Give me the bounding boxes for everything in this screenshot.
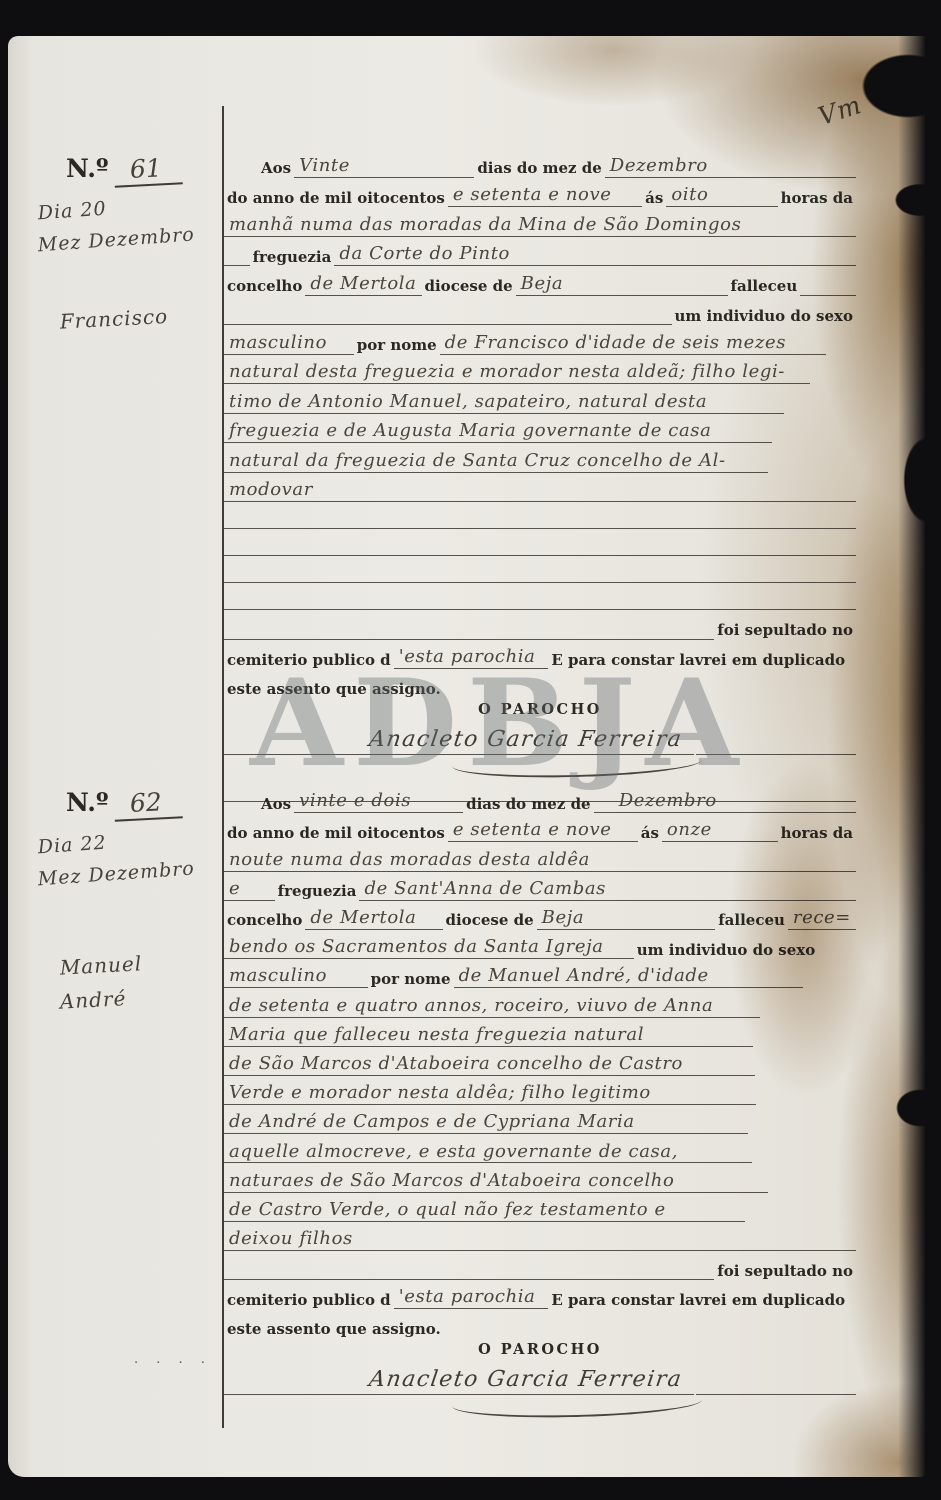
printed-form-text: este assento que assigno.: [224, 681, 444, 699]
ruled-line: [716, 441, 772, 443]
ruled-line: [656, 1103, 756, 1105]
margin-name-note: ManuelAndré: [38, 952, 220, 1020]
form-line: um individuo do sexo: [224, 296, 856, 326]
form-line: natural da freguezia de Santa Cruz conce…: [224, 443, 856, 473]
register-page: N.º61Dia 20Mez DezembroFrancisco N.º62Di…: [8, 36, 925, 1477]
form-line: naturaes de São Marcos d'Ataboeira conce…: [224, 1163, 856, 1192]
handwritten-text: 'esta parochia: [394, 648, 541, 669]
form-line: freguezia e de Augusta Maria governante …: [224, 414, 856, 444]
printed-form-text: cemiterio publico d: [224, 1292, 394, 1310]
ruled-line: [224, 638, 714, 640]
death-record-entry-62: Aosvinte e doisdias do mez deDezembrodo …: [224, 784, 856, 1415]
handwritten-text: e: [224, 880, 245, 901]
handwritten-text: Maria que falleceu nesta freguezia natur…: [224, 1026, 649, 1047]
handwritten-text: Vinte: [294, 157, 355, 178]
ruled-line: [713, 176, 856, 178]
margin-name-note: Francisco: [38, 306, 220, 340]
ruled-line: [568, 294, 727, 296]
handwritten-text: de São Marcos d'Ataboeira concelho de Ca…: [224, 1055, 688, 1076]
form-line: masculinopor nomede Manuel André, d'idad…: [224, 959, 856, 988]
ruled-line: [714, 986, 803, 988]
handwritten-text: Dezembro: [614, 792, 722, 813]
form-line: Aosvinte e doisdias do mez deDezembro: [224, 784, 856, 813]
form-line: [224, 502, 856, 529]
entry-number-row: N.º61: [38, 154, 220, 196]
printed-form-text: este assento que assigno.: [224, 1321, 444, 1339]
ruled-line: [416, 811, 463, 813]
form-line: deixou filhos: [224, 1222, 856, 1251]
handwritten-text: vinte e dois: [294, 792, 416, 813]
handwritten-text: de Manuel André, d'idade: [454, 967, 714, 988]
printed-form-text: horas da: [778, 825, 856, 843]
handwritten-text: naturaes de São Marcos d'Ataboeira conce…: [224, 1172, 679, 1193]
handwritten-text: oito: [666, 186, 713, 207]
ruled-line: [679, 1191, 767, 1193]
handwritten-text: de Francisco d'idade de seis mezes: [440, 334, 791, 355]
form-line: foi sepultado no: [224, 610, 856, 640]
printed-form-text: Aos: [258, 796, 294, 814]
handwritten-text: deixou filhos: [224, 1230, 358, 1251]
ruled-line: [540, 1307, 548, 1309]
handwritten-text: noute numa das moradas desta aldêa: [224, 851, 595, 872]
form-line: aquelle almocreve, e esta governante de …: [224, 1134, 856, 1163]
ruled-line: [515, 264, 856, 266]
handwritten-text: modovar: [224, 481, 318, 502]
handwritten-text: de Mertola: [305, 275, 421, 296]
ruled-line: [640, 1132, 748, 1134]
entry-number-handwritten: 62: [114, 786, 183, 822]
ruled-line: [712, 412, 784, 414]
printed-form-text: Aos: [258, 160, 294, 178]
printed-form-text: por nome: [368, 971, 454, 989]
margin-column-entry-62: N.º62Dia 22Mez DezembroManuelAndré: [38, 788, 220, 1020]
form-line: Maria que falleceu nesta freguezia natur…: [224, 1018, 856, 1047]
ruled-line: [688, 1074, 755, 1076]
priest-title: O PAROCHO: [224, 1339, 856, 1362]
handwritten-text: manhã numa das moradas da Mina de São Do…: [224, 216, 746, 237]
printed-form-text: falleceu: [715, 912, 788, 930]
form-line: AosVintedias do mez deDezembro: [224, 148, 856, 178]
handwritten-text: e setenta e nove: [448, 186, 617, 207]
handwritten-text: natural da freguezia de Santa Cruz conce…: [224, 452, 731, 473]
ruled-line: [611, 899, 856, 901]
printed-form-text: diocese de: [422, 278, 516, 296]
ruled-line: [595, 870, 856, 872]
ruled-line: [318, 500, 856, 502]
margin-dots: . . . .: [134, 1352, 212, 1367]
printed-form-text: cemiterio publico d: [224, 652, 394, 670]
ruled-line: [683, 1161, 752, 1163]
ruled-line: [224, 264, 250, 266]
form-line: manhã numa das moradas da Mina de São Do…: [224, 207, 856, 237]
form-line: concelhode Mertoladiocese deBejafalleceu: [224, 266, 856, 296]
ruled-line: [790, 382, 810, 384]
ruled-line: [713, 205, 777, 207]
ruled-line: [245, 899, 274, 901]
printed-form-text: E para constar lavrei em duplicado: [548, 652, 848, 670]
ruled-line: [332, 353, 354, 355]
handwritten-text: Verde e morador nesta aldêa; filho legit…: [224, 1084, 656, 1105]
form-line: masculinopor nomede Francisco d'idade de…: [224, 325, 856, 355]
ruled-line: [594, 811, 614, 813]
handwritten-text: masculino: [224, 967, 332, 988]
printed-form-text: do anno de mil oitocentos: [224, 190, 448, 208]
ruled-line: [422, 928, 443, 930]
handwritten-text: natural desta freguezia e morador nesta …: [224, 363, 790, 384]
ruled-line: [589, 928, 715, 930]
printed-form-text: dias do mez de: [474, 160, 604, 178]
ruled-line: [671, 1220, 745, 1222]
form-line: Verde e morador nesta aldêa; filho legit…: [224, 1076, 856, 1105]
handwritten-text: 'esta parochia: [394, 1288, 541, 1309]
ruled-line: [616, 840, 637, 842]
form-line: fregueziada Corte do Pinto: [224, 237, 856, 267]
form-line: cemiterio publico d'esta parochiaE para …: [224, 1280, 856, 1309]
handwritten-text: timo de Antonio Manuel, sapateiro, natur…: [224, 393, 712, 414]
signature-flourish: [224, 1395, 856, 1415]
printed-form-text: freguezia: [250, 249, 335, 267]
printed-form-text: um individuo do sexo: [672, 308, 856, 326]
ruled-line: [717, 840, 778, 842]
form-line: modovar: [224, 473, 856, 503]
form-line: foi sepultado no: [224, 1251, 856, 1280]
handwritten-text: Dezembro: [605, 157, 713, 178]
ruled-line: [224, 323, 672, 325]
printed-form-text: diocese de: [443, 912, 537, 930]
printed-form-text: E para constar lavrei em duplicado: [548, 1292, 848, 1310]
form-line: cemiterio publico d'esta parochiaE para …: [224, 640, 856, 670]
form-line: este assento que assigno.: [224, 669, 856, 699]
handwritten-text: onze: [662, 821, 717, 842]
ruled-line: [791, 353, 826, 355]
handwritten-text: de Mertola: [305, 909, 421, 930]
form-line: [224, 556, 856, 583]
form-line: de Castro Verde, o qual não fez testamen…: [224, 1193, 856, 1222]
ruled-line: [358, 1249, 856, 1251]
printed-form-text: horas da: [778, 190, 856, 208]
priest-title: O PAROCHO: [224, 699, 856, 722]
form-line: timo de Antonio Manuel, sapateiro, natur…: [224, 384, 856, 414]
deceased-name-line: Francisco: [37, 301, 221, 344]
printed-form-text: do anno de mil oitocentos: [224, 825, 448, 843]
form-line: concelhode Mertoladiocese deBejafalleceu…: [224, 901, 856, 930]
printed-form-text: concelho: [224, 912, 305, 930]
handwritten-text: rece=: [788, 909, 856, 930]
form-line: efregueziade Sant'Anna de Cambas: [224, 872, 856, 901]
handwritten-text: de Castro Verde, o qual não fez testamen…: [224, 1201, 671, 1222]
handwritten-text: masculino: [224, 334, 332, 355]
form-line: este assento que assigno.: [224, 1309, 856, 1338]
handwritten-text: e setenta e nove: [448, 821, 617, 842]
printed-form-text: foi sepultado no: [714, 622, 856, 640]
ruled-line: [224, 1278, 714, 1280]
ruled-line: [722, 811, 856, 813]
form-line: de São Marcos d'Ataboeira concelho de Ca…: [224, 1047, 856, 1076]
ruled-line: [224, 581, 856, 583]
ruled-line: [540, 667, 548, 669]
handwritten-text: bendo os Sacramentos da Santa Igreja: [224, 938, 609, 959]
ruled-line: [224, 554, 856, 556]
form-line: bendo os Sacramentos da Santa Igrejaum i…: [224, 930, 856, 959]
handwritten-text: de setenta e quatro annos, roceiro, viuv…: [224, 997, 718, 1018]
signature-flourish: [224, 755, 856, 775]
printed-form-text: freguezia: [275, 883, 360, 901]
scanned-register-photo: N.º61Dia 20Mez DezembroFrancisco N.º62Di…: [0, 0, 941, 1500]
ruled-line: [718, 1016, 759, 1018]
form-line: [224, 583, 856, 610]
ruled-line: [649, 1045, 752, 1047]
entry-number-label: N.º: [66, 154, 108, 183]
ruled-line: [224, 527, 856, 529]
ruled-line: [224, 608, 856, 610]
ruled-line: [609, 957, 634, 959]
printed-form-text: ás: [642, 190, 666, 208]
form-line: do anno de mil oitocentose setenta e nov…: [224, 813, 856, 842]
handwritten-text: Beja: [516, 275, 569, 296]
handwritten-text: de André de Campos e de Cypriana Maria: [224, 1113, 640, 1134]
entry-number-row: N.º62: [38, 788, 220, 830]
printed-form-text: dias do mez de: [463, 796, 593, 814]
entry-number-label: N.º: [66, 788, 108, 817]
death-record-entry-61: AosVintedias do mez deDezembrodo anno de…: [224, 148, 856, 802]
entry-number-handwritten: 61: [114, 152, 183, 188]
ruled-line: [746, 235, 856, 237]
printed-form-text: falleceu: [728, 278, 801, 296]
ruled-line: [332, 986, 368, 988]
ruled-line: [800, 294, 856, 296]
form-line: de setenta e quatro annos, roceiro, viuv…: [224, 988, 856, 1017]
form-line: de André de Campos e de Cypriana Maria: [224, 1105, 856, 1134]
ruled-line: [355, 176, 474, 178]
form-line: natural desta freguezia e morador nesta …: [224, 355, 856, 385]
handwritten-text: aquelle almocreve, e esta governante de …: [224, 1143, 683, 1164]
form-line: do anno de mil oitocentose setenta e nov…: [224, 178, 856, 208]
ruled-line: [616, 205, 642, 207]
handwritten-text: da Corte do Pinto: [334, 245, 515, 266]
printed-form-text: um individuo do sexo: [634, 942, 818, 960]
printed-form-text: concelho: [224, 278, 305, 296]
margin-column-entry-61: N.º61Dia 20Mez DezembroFrancisco: [38, 154, 220, 340]
form-line: [224, 529, 856, 556]
handwritten-text: de Sant'Anna de Cambas: [359, 880, 611, 901]
printed-form-text: por nome: [354, 337, 440, 355]
form-line: noute numa das moradas desta aldêa: [224, 842, 856, 871]
handwritten-text: Beja: [537, 909, 590, 930]
handwritten-text: freguezia e de Augusta Maria governante …: [224, 422, 716, 443]
printed-form-text: ás: [638, 825, 662, 843]
ruled-line: [731, 471, 769, 473]
printed-form-text: foi sepultado no: [714, 1263, 856, 1281]
